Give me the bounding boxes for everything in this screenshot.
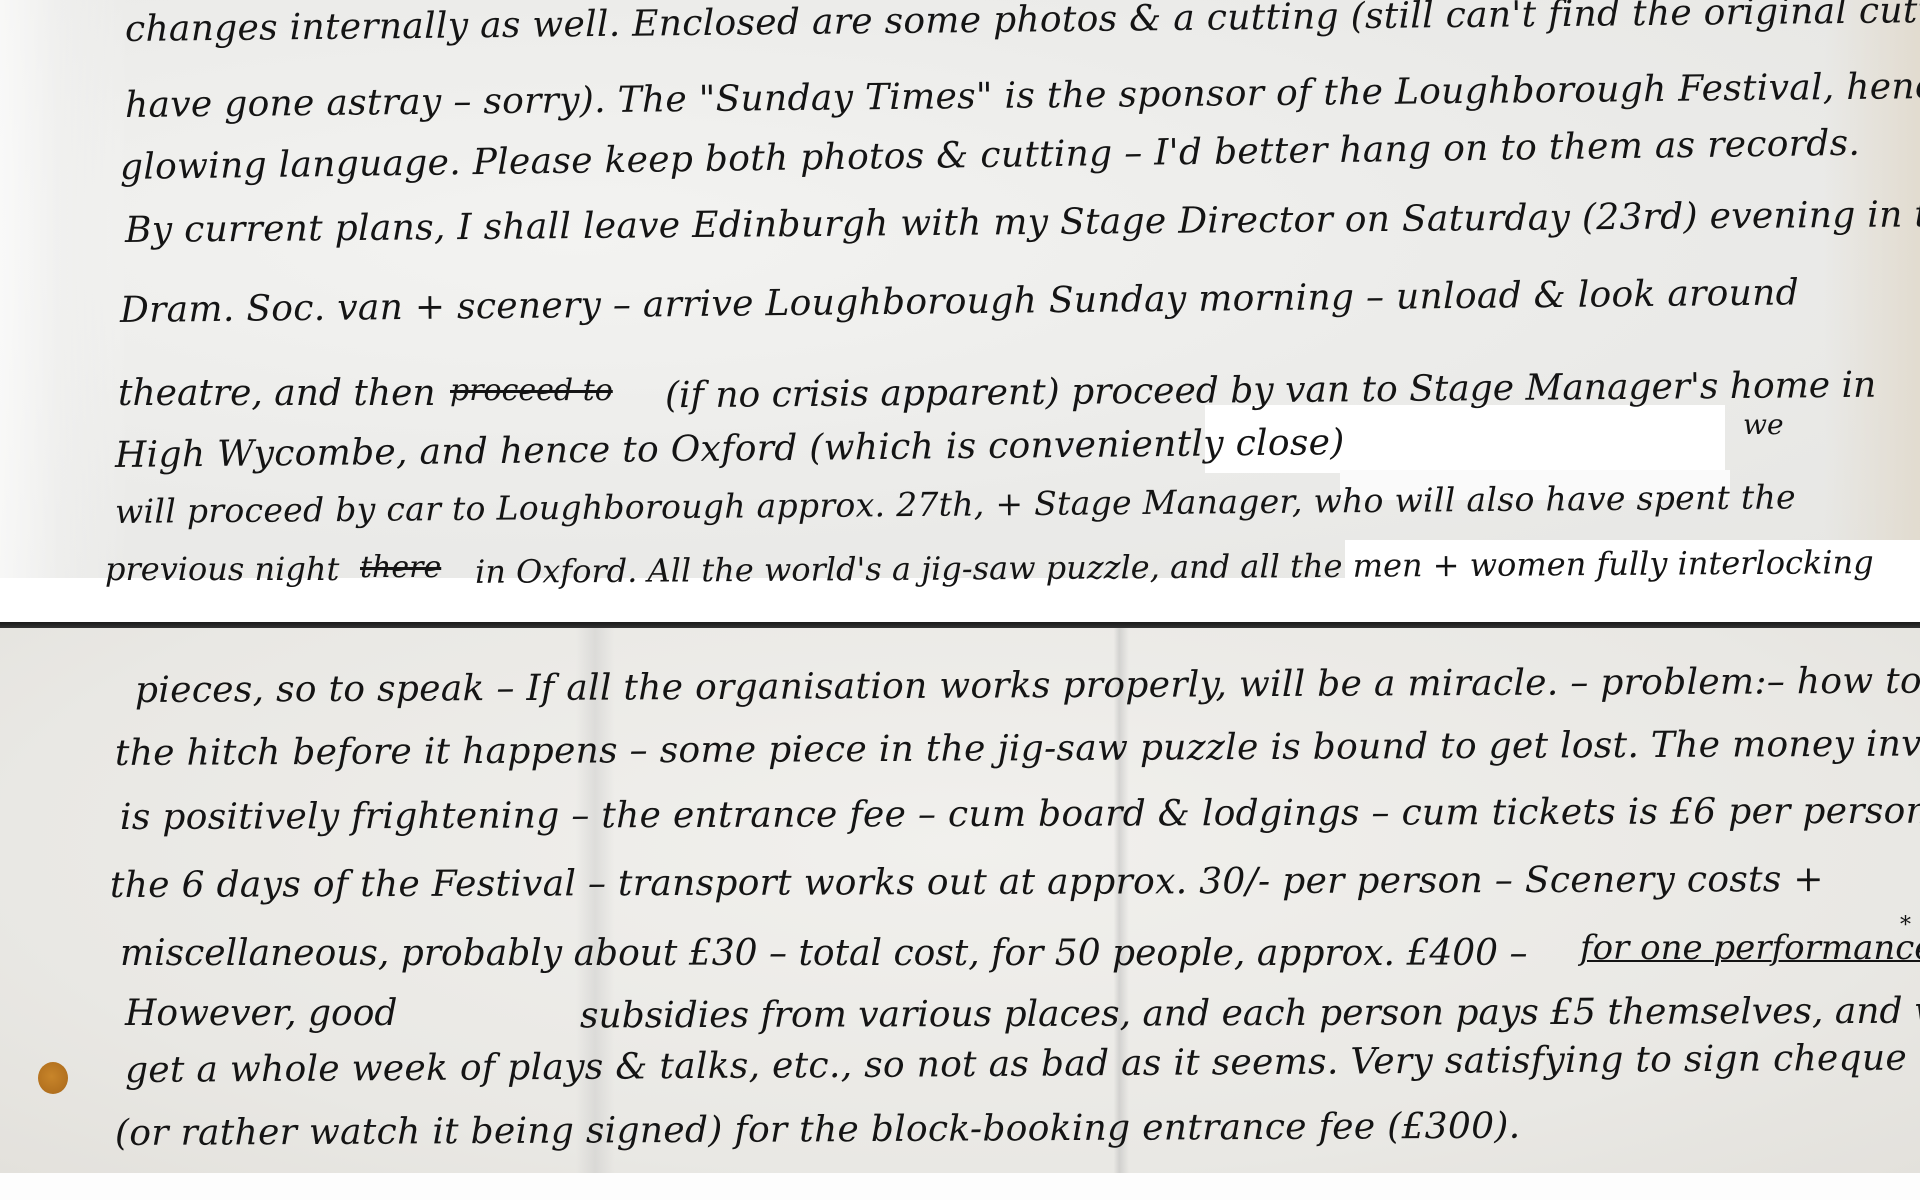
paper-stain [38,1062,68,1094]
letter-line: By current plans, I shall leave Edinburg… [125,197,1920,249]
letter-line: However, good [125,993,397,1034]
bottom-margin [0,1173,1920,1200]
upper-letter-fragment: changes internally as well. Enclosed are… [0,0,1920,600]
letter-line: get a whole week of plays & talks, etc.,… [125,1041,1907,1089]
letter-line: have gone astray – sorry). The "Sunday T… [125,69,1920,124]
struck-out-text: proceed to [450,373,613,408]
letter-line: Dram. Soc. van + scenery – arrive Loughb… [120,275,1799,329]
asterisk-mark: * [1900,913,1911,938]
letter-line: the hitch before it happens – some piece… [115,726,1920,772]
letter-line: High Wycombe, and hence to Oxford (which… [115,425,1345,474]
scanned-letter: changes internally as well. Enclosed are… [0,0,1920,1200]
letter-line: changes internally as well. Enclosed are… [125,0,1920,48]
letter-line: previous night [105,550,339,588]
letter-line: pieces, so to speak – If all the organis… [135,663,1920,709]
lower-letter-fragment: pieces, so to speak – If all the organis… [0,628,1920,1173]
struck-out-text: there [360,550,441,585]
letter-line: we [1743,408,1784,441]
letter-line: will proceed by car to Loughborough appr… [115,480,1796,528]
letter-line: subsidies from various places, and each … [580,991,1920,1037]
letter-line: miscellaneous, probably about £30 – tota… [120,933,1528,974]
letter-line: the 6 days of the Festival – transport w… [110,862,1824,904]
underlined-text: for one performance [1580,928,1920,968]
paper-fold-shading [0,0,130,600]
letter-line: glowing language. Please keep both photo… [120,126,1861,186]
letter-line: theatre, and then [118,373,436,414]
letter-line: is positively frightening – the entrance… [120,793,1920,836]
letter-line: (or rather watch it being signed) for th… [115,1109,1521,1152]
